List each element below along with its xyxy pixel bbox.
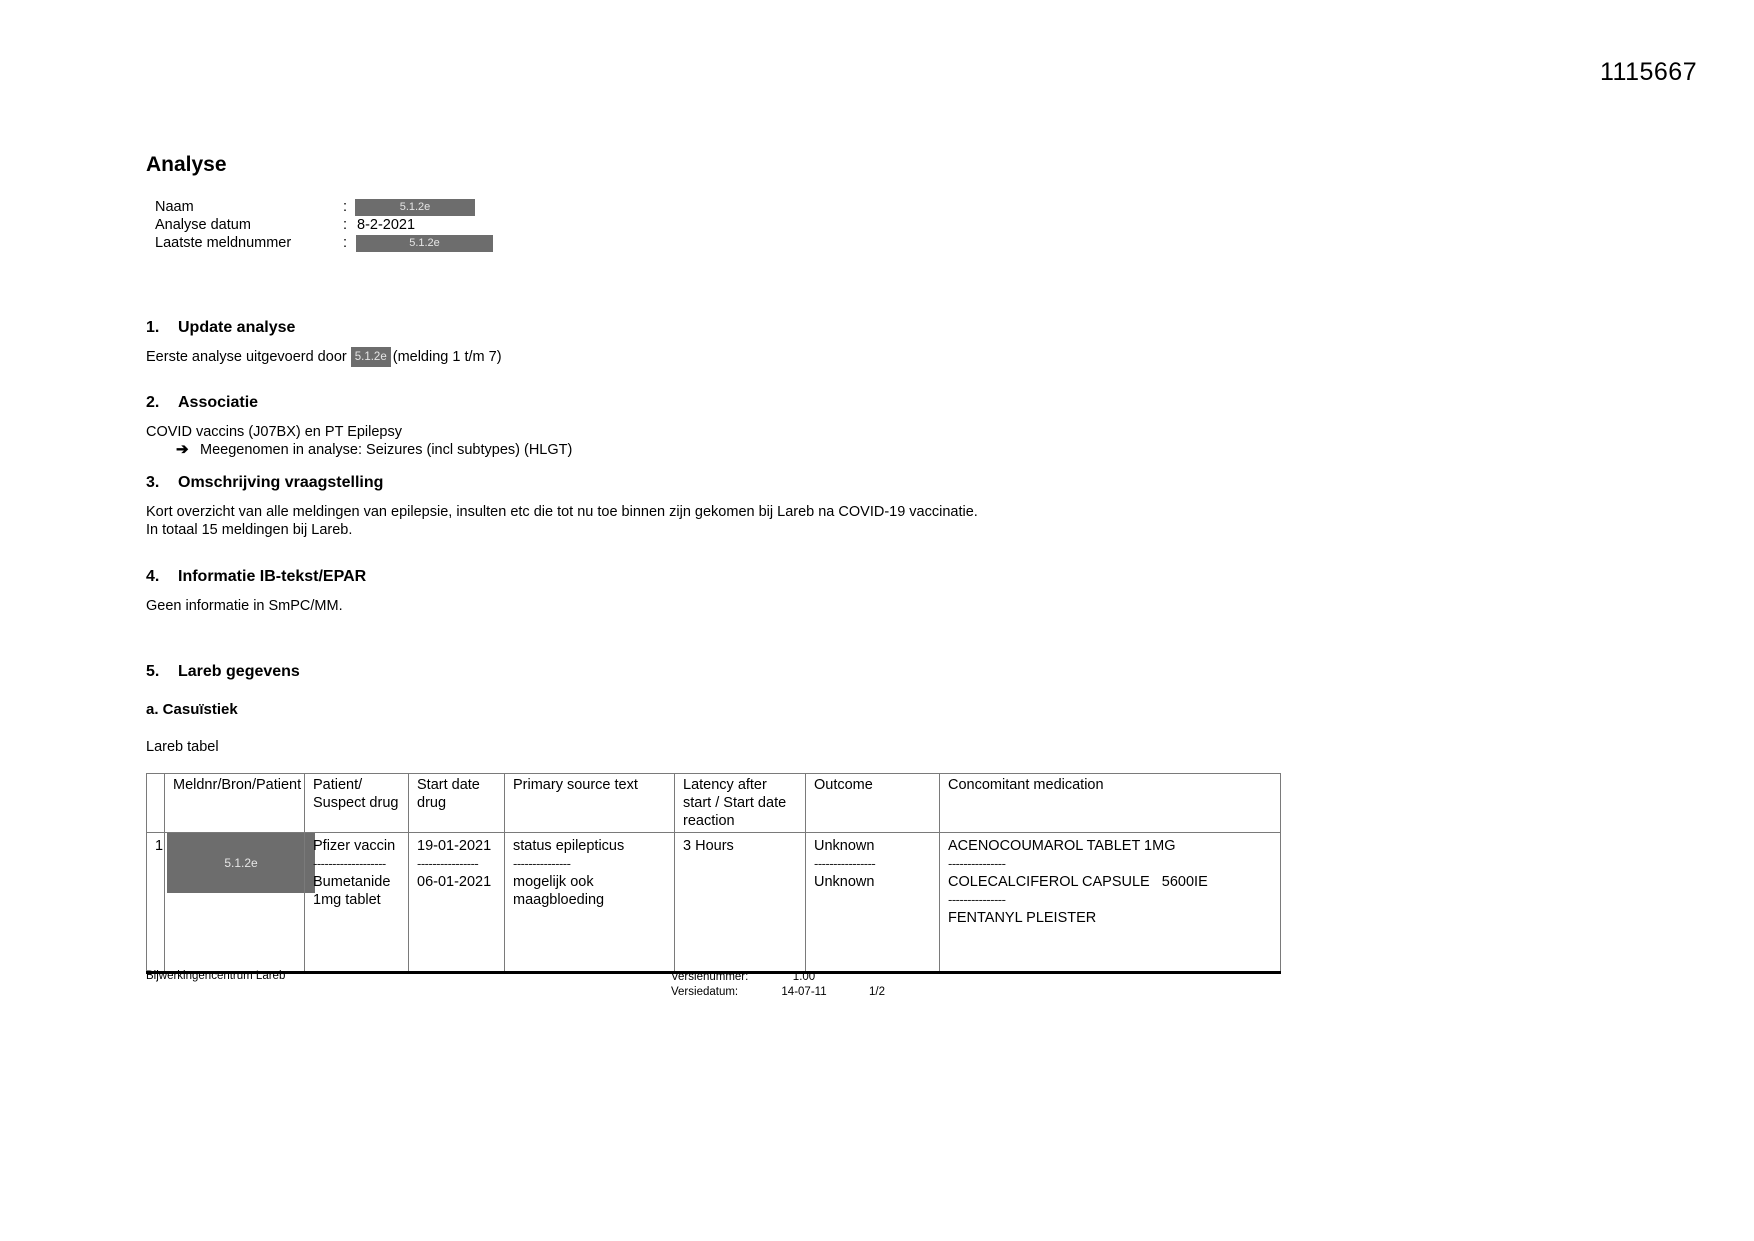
included-line: ➔Meegenomen in analyse: Seizures (incl s… — [146, 441, 572, 459]
source-text: status epilepticus — [513, 837, 666, 855]
question-line-1: Kort overzicht van alle meldingen van ep… — [146, 503, 978, 521]
version-value: 1.00 — [774, 970, 834, 985]
suspect-drug: Bumetanide 1mg tablet — [313, 873, 400, 909]
text: Eerste analyse uitgevoerd door — [146, 349, 347, 365]
section-5-heading: 5.Lareb gegevens — [146, 663, 300, 681]
redacted-last-report: 5.1.2e — [356, 235, 493, 252]
section-title: Update analyse — [178, 319, 295, 336]
section-number: 1. — [146, 319, 178, 337]
version-date-label: Versiedatum: — [671, 985, 774, 1000]
outcome: Unknown — [814, 837, 931, 855]
section-title: Associatie — [178, 394, 258, 411]
arrow-right-icon: ➔ — [176, 441, 200, 459]
lareb-table: Meldnr/Bron/Patient Patient/ Suspect dru… — [146, 773, 1281, 974]
version-date-value: 14-07-11 — [774, 985, 834, 1000]
question-line-2: In totaal 15 meldingen bij Lareb. — [146, 521, 978, 539]
header-primary-source: Primary source text — [505, 774, 675, 833]
meta-row-date: Analyse datum : 8-2-2021 — [155, 216, 493, 234]
section-number: 5. — [146, 663, 178, 681]
start-date: 19-01-2021 — [417, 837, 496, 855]
meta-row-name: Naam : 5.1.2e — [155, 198, 493, 216]
section-4-heading: 4.Informatie IB-tekst/EPAR — [146, 568, 366, 586]
name-label: Naam — [155, 198, 343, 216]
separator: --------------- — [948, 891, 1272, 909]
section-title: Omschrijving vraagstelling — [178, 474, 383, 491]
section-3-text: Kort overzicht van alle meldingen van ep… — [146, 503, 978, 539]
separator: ---------------- — [417, 855, 496, 873]
start-date-cell: 19-01-2021 ---------------- 06-01-2021 — [409, 833, 505, 973]
header-index — [147, 774, 165, 833]
meta-row-last-report: Laatste meldnummer : 5.1.2e — [155, 234, 493, 252]
concomitant-cell: ACENOCOUMAROL TABLET 1MG ---------------… — [940, 833, 1281, 973]
redacted-meldnr: 5.1.2e — [167, 833, 315, 893]
page-title: Analyse — [146, 153, 227, 177]
header-start-date: Start date drug — [409, 774, 505, 833]
concomitant-med: ACENOCOUMAROL TABLET 1MG — [948, 837, 1272, 855]
section-title: Informatie IB-tekst/EPAR — [178, 568, 366, 585]
colon: : — [343, 234, 353, 252]
footer-version: Versienummer: 1.00 Versiedatum: 14-07-11… — [671, 970, 885, 1000]
analysis-meta: Naam : 5.1.2e Analyse datum : 8-2-2021 L… — [155, 198, 493, 252]
separator: --------------- — [513, 855, 666, 873]
section-1-heading: 1.Update analyse — [146, 319, 295, 337]
suspect-drug-cell: Pfizer vaccin ------------------- Bumeta… — [305, 833, 409, 973]
text: Meegenomen in analyse: Seizures (incl su… — [200, 442, 572, 458]
primary-source-cell: status epilepticus --------------- mogel… — [505, 833, 675, 973]
source-text: mogelijk ook maagbloeding — [513, 873, 666, 909]
page-number: 1/2 — [869, 985, 885, 1000]
table-header-row: Meldnr/Bron/Patient Patient/ Suspect dru… — [147, 774, 1281, 833]
casuistiek-heading: a. Casuïstiek — [146, 701, 238, 718]
section-number: 3. — [146, 474, 178, 492]
suspect-drug: Pfizer vaccin — [313, 837, 400, 855]
header-suspect-drug: Patient/ Suspect drug — [305, 774, 409, 833]
table-row: 1 5.1.2e Pfizer vaccin -----------------… — [147, 833, 1281, 973]
date-label: Analyse datum — [155, 216, 343, 234]
outcome-cell: Unknown ---------------- Unknown — [806, 833, 940, 973]
table-caption: Lareb tabel — [146, 738, 219, 756]
latency-cell: 3 Hours — [675, 833, 806, 973]
separator: ---------------- — [814, 855, 931, 873]
concomitant-med: FENTANYL PLEISTER — [948, 909, 1272, 927]
colon: : — [343, 198, 353, 216]
text: Geen informatie in SmPC/MM. — [146, 597, 343, 615]
section-number: 4. — [146, 568, 178, 586]
analysis-date: 8-2-2021 — [357, 216, 415, 234]
meldnr-cell: 5.1.2e — [165, 833, 305, 973]
association-line: COVID vaccins (J07BX) en PT Epilepsy — [146, 423, 572, 441]
section-2-heading: 2.Associatie — [146, 394, 258, 412]
header-concomitant: Concomitant medication — [940, 774, 1281, 833]
outcome: Unknown — [814, 873, 931, 891]
header-meldnr: Meldnr/Bron/Patient — [165, 774, 305, 833]
colon: : — [343, 216, 353, 234]
section-1-text: Eerste analyse uitgevoerd door 5.1.2e(me… — [146, 347, 502, 367]
section-title: Lareb gegevens — [178, 663, 300, 680]
section-3-heading: 3.Omschrijving vraagstelling — [146, 474, 383, 492]
section-4-text: Geen informatie in SmPC/MM. — [146, 597, 343, 615]
last-report-label: Laatste meldnummer — [155, 234, 343, 252]
section-2-text: COVID vaccins (J07BX) en PT Epilepsy ➔Me… — [146, 423, 572, 459]
row-index: 1 — [147, 833, 165, 973]
footer-organization: Bijwerkingencentrum Lareb — [146, 970, 285, 982]
concomitant-med: COLECALCIFEROL CAPSULE 5600IE — [948, 873, 1272, 891]
redacted-analyst: 5.1.2e — [351, 347, 391, 367]
section-number: 2. — [146, 394, 178, 412]
header-outcome: Outcome — [806, 774, 940, 833]
separator: ------------------- — [313, 855, 400, 873]
separator: --------------- — [948, 855, 1272, 873]
version-row: Versienummer: 1.00 — [671, 970, 885, 985]
document-id: 1115667 — [1600, 58, 1697, 87]
version-label: Versienummer: — [671, 970, 774, 985]
version-date-row: Versiedatum: 14-07-11 1/2 — [671, 985, 885, 1000]
text: (melding 1 t/m 7) — [393, 349, 502, 365]
header-latency: Latency after start / Start date reactio… — [675, 774, 806, 833]
redacted-name: 5.1.2e — [355, 199, 475, 216]
start-date: 06-01-2021 — [417, 873, 496, 891]
